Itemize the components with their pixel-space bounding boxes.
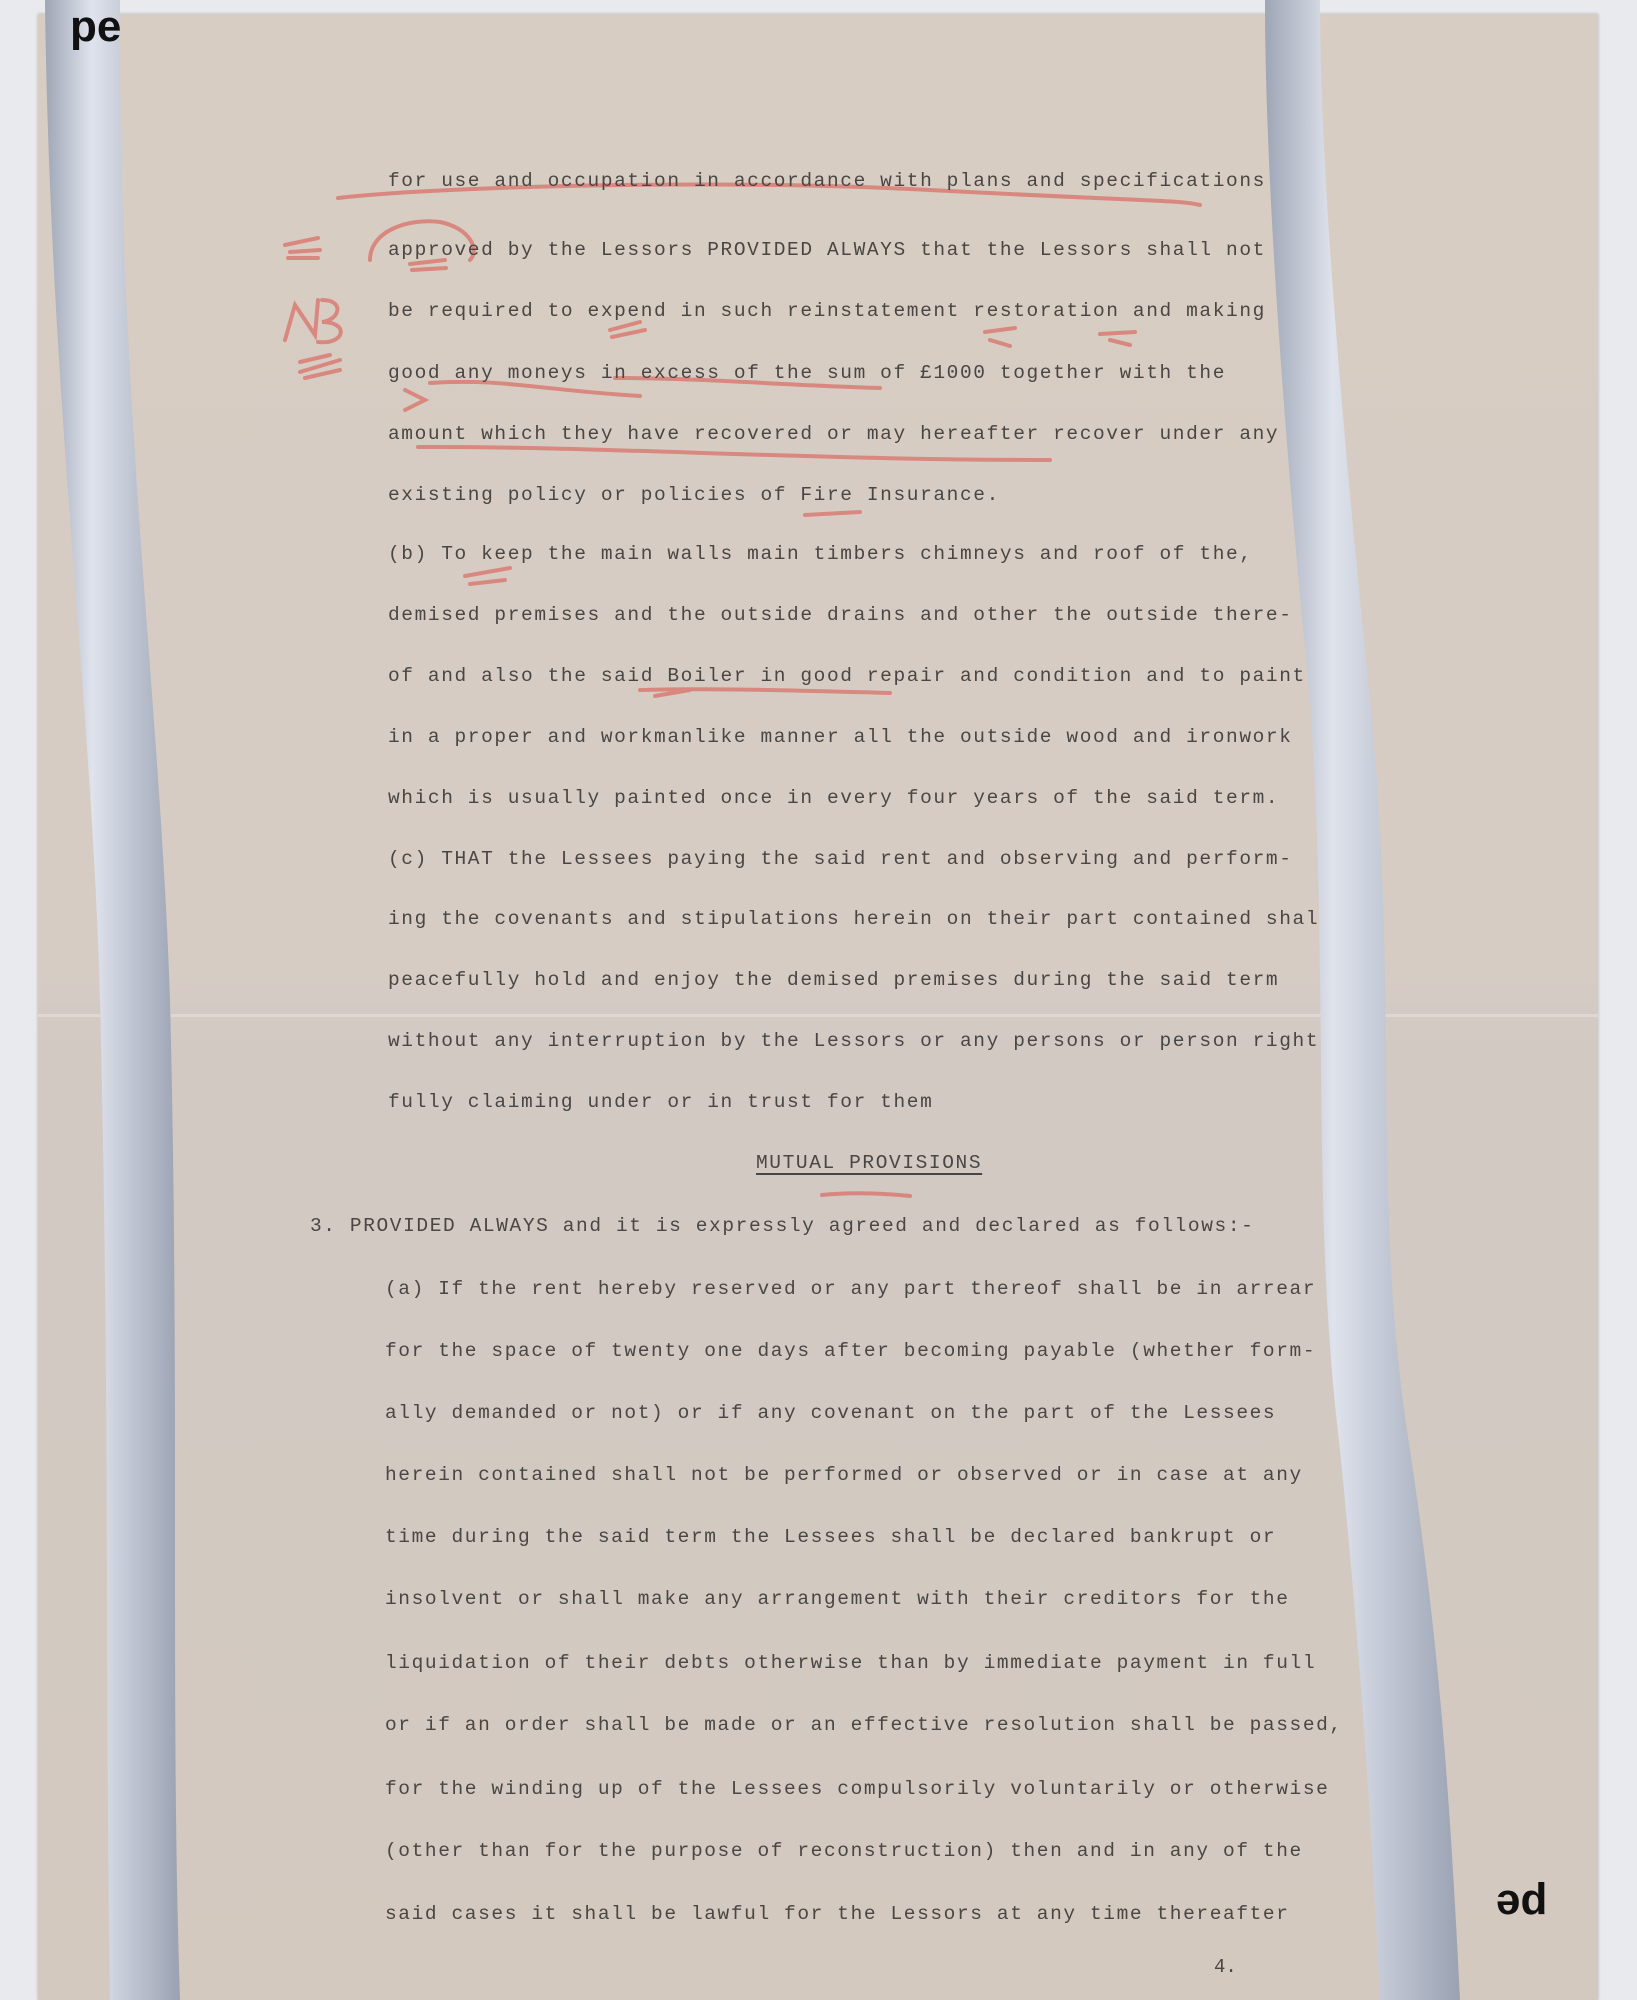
- text-line: amount which they have recovered or may …: [388, 423, 1279, 445]
- clause-line: 3. PROVIDED ALWAYS and it is expressly a…: [310, 1215, 1254, 1237]
- text-line: for use and occupation in accordance wit…: [388, 170, 1266, 192]
- text-line: existing policy or policies of Fire Insu…: [388, 484, 1000, 506]
- text-line: be required to expend in such reinstatem…: [388, 300, 1266, 322]
- clause-line: said cases it shall be lawful for the Le…: [385, 1903, 1290, 1925]
- left-ribbon-label: pe: [70, 2, 121, 52]
- clause-line: insolvent or shall make any arrangement …: [385, 1588, 1290, 1610]
- clause-line: time during the said term the Lessees sh…: [385, 1526, 1276, 1548]
- clause-line: ally demanded or not) or if any covenant…: [385, 1402, 1276, 1424]
- clause-line: or if an order shall be made or an effec…: [385, 1714, 1343, 1736]
- clause-line: for the space of twenty one days after b…: [385, 1340, 1316, 1362]
- right-ribbon: [1250, 0, 1550, 2000]
- clause-line: herein contained shall not be performed …: [385, 1464, 1303, 1486]
- text-line: in a proper and workmanlike manner all t…: [388, 726, 1293, 748]
- page-number: 4.: [1214, 1956, 1237, 1978]
- section-heading: MUTUAL PROVISIONS: [756, 1152, 982, 1174]
- text-line: approved by the Lessors PROVIDED ALWAYS …: [388, 239, 1266, 261]
- text-line: (b) To keep the main walls main timbers …: [388, 543, 1253, 565]
- text-line: good any moneys in excess of the sum of …: [388, 362, 1226, 384]
- text-line: without any interruption by the Lessors …: [388, 1030, 1332, 1052]
- left-ribbon: [0, 0, 240, 2000]
- text-line: which is usually painted once in every f…: [388, 787, 1279, 809]
- clause-line: (a) If the rent hereby reserved or any p…: [385, 1278, 1316, 1300]
- clause-line: liquidation of their debts otherwise tha…: [385, 1652, 1316, 1674]
- right-ribbon-label: pe: [1496, 1880, 1547, 1930]
- text-line: of and also the said Boiler in good repa…: [388, 665, 1306, 687]
- clause-line: for the winding up of the Lessees compul…: [385, 1778, 1329, 1800]
- text-line: (c) THAT the Lessees paying the said ren…: [388, 848, 1293, 870]
- text-line: demised premises and the outside drains …: [388, 604, 1293, 626]
- text-line: fully claiming under or in trust for the…: [388, 1091, 933, 1113]
- text-line: peacefully hold and enjoy the demised pr…: [388, 969, 1279, 991]
- text-line: ing the covenants and stipulations herei…: [388, 908, 1332, 930]
- clause-line: (other than for the purpose of reconstru…: [385, 1840, 1303, 1862]
